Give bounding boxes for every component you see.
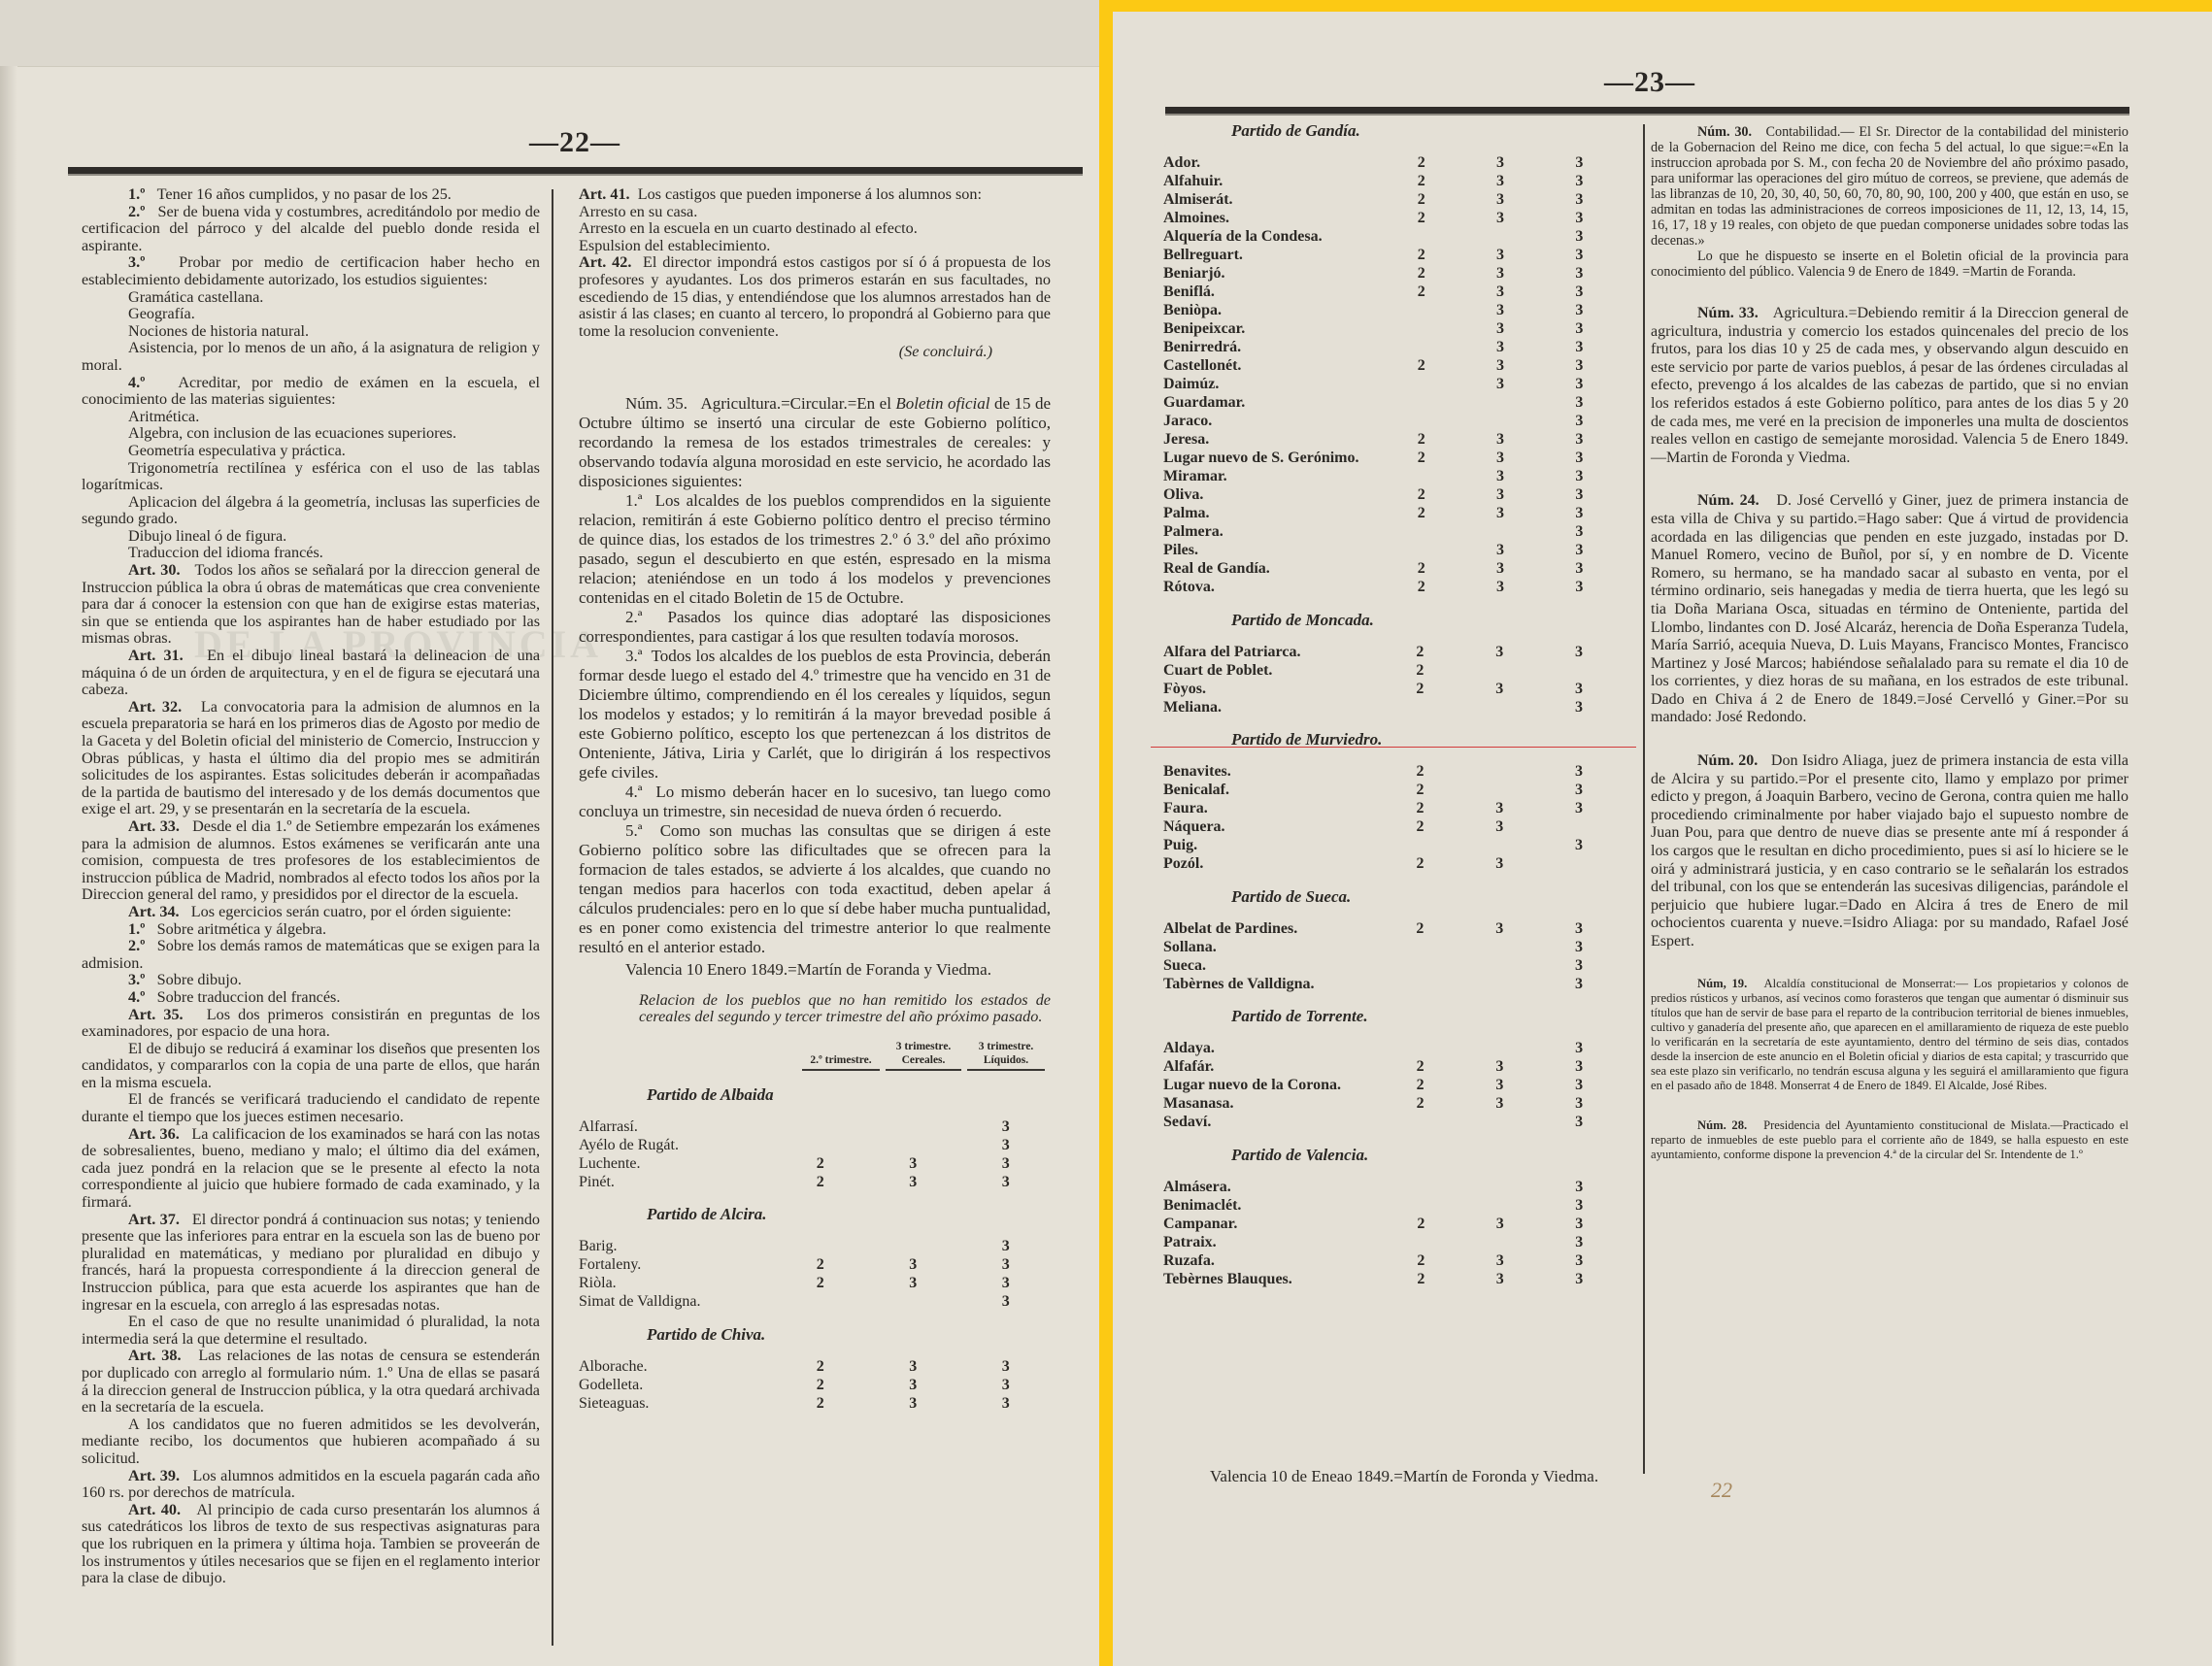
paragraph-text: En el caso de que no resulte unanimidad …	[82, 1313, 540, 1348]
notice-text: Don Isidro Aliaga, juez de primera insta…	[1651, 752, 2128, 950]
table-row: Beniòpa.33	[1163, 301, 1620, 319]
list-item: Aritmética.	[82, 409, 540, 426]
trimester-value	[865, 1237, 960, 1255]
table-row: Jeresa.233	[1163, 430, 1620, 449]
notice: Núm. 30. Contabilidad.— El Sr. Director …	[1651, 124, 2128, 249]
trimester-value: 3	[960, 1274, 1051, 1292]
paragraph-lead: Art. 39.	[128, 1467, 180, 1484]
art41: Art. 41. Los castigos que pueden imponer…	[579, 186, 1051, 204]
page-number-22: —22—	[529, 126, 620, 159]
trimester-value: 3	[1538, 642, 1620, 660]
notice: Núm, 19. Alcaldía constitucional de Mons…	[1651, 977, 2128, 1093]
trimester-value: 3	[960, 1116, 1051, 1135]
trimester-value: 3	[1461, 172, 1538, 190]
trimester-value: 3	[1539, 467, 1620, 485]
paragraph: Art. 31. En el dibujo lineal bastará la …	[82, 648, 540, 699]
trimester-value	[1380, 836, 1461, 854]
paragraph-lead: 4.º	[128, 988, 145, 1006]
trimester-value: 3	[1461, 449, 1538, 467]
table-row: Pozól.23	[1163, 854, 1620, 873]
trimester-value	[1379, 974, 1460, 992]
pueblo-name: Benicalaf.	[1163, 781, 1380, 799]
paragraph: 4.º Acreditar, por medio de exámen en la…	[82, 375, 540, 409]
pueblo-name: Simat de Valldigna.	[579, 1292, 776, 1311]
table-row: Alfara del Patriarca.233	[1163, 642, 1620, 660]
trimester-value	[776, 1292, 866, 1311]
trimester-value: 2	[1381, 264, 1461, 283]
dispositions-list: 1.ª Los alcaldes de los pueblos comprend…	[579, 491, 1051, 957]
trimester-value: 3	[1538, 974, 1620, 992]
trimester-value: 2	[1380, 1076, 1461, 1094]
disposition-number: 2.ª	[625, 608, 642, 626]
table-row: Benavites.23	[1163, 762, 1620, 781]
scan-top-band	[0, 0, 1099, 67]
paragraph-text: El de dibujo se reducirá á examinar los …	[82, 1040, 540, 1091]
disposition-text: Pasados los quince dias adoptaré las dis…	[579, 608, 1051, 646]
relation-table-part1: Partido de AlbaidaAlfarrasí.3Ayélo de Ru…	[579, 1071, 1051, 1413]
trimester-value: 3	[1461, 1270, 1538, 1288]
pueblo-name: Pozól.	[1163, 854, 1380, 873]
paragraph: El de francés se verificará traduciendo …	[82, 1091, 540, 1125]
table-row: Sueca.3	[1163, 955, 1620, 974]
partido-table: Alborache.233Godelleta.233Sieteaguas.233	[579, 1357, 1051, 1413]
notice: Núm. 28. Presidencia del Ayuntamiento co…	[1651, 1118, 2128, 1162]
paragraph-text: Sobre aritmética y álgebra.	[157, 920, 326, 938]
trimester-value: 3	[1539, 153, 1620, 172]
paragraph: En el caso de que no resulte unanimidad …	[82, 1314, 540, 1348]
signature-foranda: Valencia 10 Enero 1849.=Martín de Forand…	[579, 961, 1051, 979]
table-row: Ruzafa.233	[1163, 1251, 1620, 1270]
list-item: Asistencia, por lo menos de un año, á la…	[82, 340, 540, 374]
trimester-value	[1538, 660, 1620, 679]
trimester-value	[1381, 541, 1461, 559]
num35-intro: Núm. 35. Agricultura.=Circular.=En el Bo…	[579, 394, 1051, 491]
pueblo-name: Almoines.	[1163, 209, 1381, 227]
trimester-value: 3	[1538, 781, 1620, 799]
table-row: Lugar nuevo de S. Gerónimo.233	[1163, 449, 1620, 467]
trimester-value: 3	[1538, 1094, 1620, 1113]
trimester-value: 3	[1461, 541, 1538, 559]
table-row: Ador.233	[1163, 153, 1620, 172]
pueblo-name: Patraix.	[1163, 1233, 1381, 1251]
highlight-frame-left	[1099, 0, 1113, 1666]
paragraph-lead: Art. 37.	[128, 1211, 180, 1228]
trimester-value: 3	[1538, 1039, 1620, 1057]
table-row: Alquería de la Condesa.3	[1163, 227, 1620, 246]
trimester-value: 3	[1538, 918, 1620, 937]
table-signature: Valencia 10 de Eneao 1849.=Martín de For…	[1163, 1466, 1635, 1487]
paragraph: Art. 36. La calificacion de los examinad…	[82, 1126, 540, 1212]
trimester-value	[1380, 1113, 1461, 1131]
table-row: Almiserát.233	[1163, 190, 1620, 209]
paragraph-lead: 1.º	[128, 185, 145, 203]
paragraph-lead: 3.º	[128, 971, 145, 988]
partido-heading: Partido de Valencia.	[1163, 1131, 1620, 1178]
trimester-value: 2	[776, 1274, 866, 1292]
table-row: Barig.3	[579, 1237, 1051, 1255]
pueblo-name: Ruzafa.	[1163, 1251, 1381, 1270]
paragraph-lead: Art. 36.	[128, 1125, 180, 1143]
trimester-value	[1381, 412, 1461, 430]
table-row: Guardamar.3	[1163, 393, 1620, 412]
paragraph: Art. 37. El director pondrá á continuaci…	[82, 1212, 540, 1315]
trimester-value: 3	[1461, 246, 1538, 264]
pueblo-name: Almiserát.	[1163, 190, 1381, 209]
trimester-value: 3	[1538, 1196, 1620, 1215]
trimester-value: 2	[1379, 679, 1460, 697]
disposition: 1.ª Los alcaldes de los pueblos comprend…	[579, 491, 1051, 608]
paragraph-lead: 2.º	[128, 937, 145, 954]
paragraph: 1.º Tener 16 años cumplidos, y no pasar …	[82, 186, 540, 204]
trimester-value: 3	[1461, 578, 1538, 596]
table-row: Palmera.3	[1163, 522, 1620, 541]
trimester-value: 2	[776, 1153, 866, 1172]
list-item: Algebra, con inclusion de las ecuaciones…	[82, 425, 540, 443]
notice-text: Alcaldía constitucional de Monserrat:— L…	[1651, 977, 2128, 1092]
left-column-1: 1.º Tener 16 años cumplidos, y no pasar …	[82, 186, 540, 1587]
trimester-value: 3	[1460, 854, 1538, 873]
trimester-value: 3	[1539, 522, 1620, 541]
table-row: Rótova.233	[1163, 578, 1620, 596]
trimester-value	[1538, 854, 1620, 873]
trimester-value	[865, 1292, 960, 1311]
pueblo-name: Alquería de la Condesa.	[1163, 227, 1381, 246]
paragraph-lead: Art. 30.	[128, 561, 181, 579]
trimester-value	[1381, 1233, 1461, 1251]
table-row: Palma.233	[1163, 504, 1620, 522]
column-divider-right	[1643, 124, 1645, 1474]
pueblo-name: Castellonét.	[1163, 356, 1381, 375]
trimester-value: 3	[960, 1255, 1051, 1274]
trimester-value: 3	[1460, 817, 1538, 836]
table-row: Miramar.33	[1163, 467, 1620, 485]
table-row: Alfafár.233	[1163, 1057, 1620, 1076]
notice-number: Núm. 33.	[1697, 305, 1759, 321]
trimester-value: 3	[1539, 541, 1620, 559]
trimester-value: 3	[1461, 1076, 1539, 1094]
disposition: 5.ª Como son muchas las consultas que se…	[579, 821, 1051, 957]
paragraph-text: Ser de buena vida y costumbres, acreditá…	[82, 203, 540, 254]
list-item: Traduccion del idioma francés.	[82, 545, 540, 562]
disposition-text: Como son muchas las consultas que se dir…	[579, 821, 1051, 956]
paragraph-text: A los candidatos que no fueren admitidos…	[82, 1416, 540, 1467]
trimester-value	[1460, 974, 1538, 992]
disposition-text: Los alcaldes de los pueblos comprendidos…	[579, 491, 1051, 607]
pueblo-name: Ador.	[1163, 153, 1381, 172]
partido-heading: Partido de Albaida	[579, 1071, 1051, 1117]
column-divider	[552, 189, 553, 1646]
paragraph-lead: 4.º	[128, 374, 145, 391]
table-column-headers: 2.º trimestre. 3 trimestre.Cereales. 3 t…	[579, 1040, 1051, 1071]
trimester-value: 3	[960, 1394, 1051, 1413]
table-row: Puig.3	[1163, 836, 1620, 854]
trimester-value: 2	[776, 1357, 866, 1376]
disposition: 3.ª Todos los alcaldes de los pueblos de…	[579, 647, 1051, 783]
disposition-number: 5.ª	[625, 821, 642, 840]
trimester-value: 3	[1460, 679, 1538, 697]
notice-number: Núm. 28.	[1697, 1118, 1747, 1132]
table-row: Riòla.233	[579, 1274, 1051, 1292]
pueblo-name: Luchente.	[579, 1153, 776, 1172]
pueblo-name: Piles.	[1163, 541, 1381, 559]
trimester-value	[1461, 1233, 1538, 1251]
trimester-value	[1381, 393, 1461, 412]
paragraph-text: Tener 16 años cumplidos, y no pasar de l…	[157, 185, 452, 203]
pueblo-name: Oliva.	[1163, 485, 1381, 504]
partido-table: Aldaya.3Alfafár.233Lugar nuevo de la Cor…	[1163, 1039, 1620, 1131]
pueblo-name: Meliana.	[1163, 697, 1379, 716]
trimester-value: 2	[1380, 762, 1461, 781]
disposition-number: 1.ª	[625, 491, 642, 510]
table-row: Benicalaf.23	[1163, 781, 1620, 799]
trimester-value	[1460, 762, 1538, 781]
trimester-value	[1461, 412, 1538, 430]
trimester-value: 3	[1461, 301, 1538, 319]
pueblo-name: Fortaleny.	[579, 1255, 776, 1274]
pueblo-name: Alborache.	[579, 1357, 776, 1376]
table-row: Almoines.233	[1163, 209, 1620, 227]
trimester-value: 3	[1461, 1251, 1538, 1270]
trimester-value: 3	[960, 1135, 1051, 1153]
trimester-value: 3	[1460, 799, 1538, 817]
paragraph: El de dibujo se reducirá á examinar los …	[82, 1041, 540, 1092]
trimester-value: 3	[1539, 578, 1620, 596]
trimester-value: 3	[1538, 955, 1620, 974]
paragraph-text: Sobre dibujo.	[157, 971, 242, 988]
trimester-value: 3	[1538, 937, 1620, 955]
highlight-frame-top	[1099, 0, 2212, 12]
trimester-value: 3	[1538, 1270, 1620, 1288]
notice-number: Núm. 30.	[1697, 124, 1752, 140]
art42: Art. 42. El director impondrá estos cast…	[579, 254, 1051, 340]
trimester-value: 2	[776, 1172, 866, 1190]
partido-table: Alfarrasí.3Ayélo de Rugát.3Luchente.233P…	[579, 1116, 1051, 1190]
table-row: Almásera.3	[1163, 1178, 1620, 1196]
paragraph: Art. 33. Desde el dia 1.º de Setiembre e…	[82, 818, 540, 904]
pueblo-name: Rótova.	[1163, 578, 1381, 596]
list-item: Geografía.	[82, 306, 540, 323]
trimester-value	[776, 1237, 866, 1255]
trimester-value	[1461, 1178, 1538, 1196]
table-row: Jaraco.3	[1163, 412, 1620, 430]
pueblo-name: Miramar.	[1163, 467, 1381, 485]
trimester-value: 3	[1539, 172, 1620, 190]
trimester-value: 2	[1381, 283, 1461, 301]
pueblo-name: Puig.	[1163, 836, 1380, 854]
trimester-value	[776, 1116, 866, 1135]
pueblo-name: Almásera.	[1163, 1178, 1381, 1196]
table-row: Real de Gandía.233	[1163, 559, 1620, 578]
disposition-text: Lo mismo deberán hacer en lo sucesivo, t…	[579, 783, 1051, 820]
pencil-annotation: 22	[1711, 1478, 1732, 1503]
trimester-value	[1460, 697, 1538, 716]
table-row: Sedaví.3	[1163, 1113, 1620, 1131]
trimester-value: 3	[1539, 485, 1620, 504]
trimester-value: 2	[1379, 642, 1460, 660]
trimester-value: 3	[1461, 1094, 1539, 1113]
trimester-value: 3	[1539, 449, 1620, 467]
trimester-value	[1379, 937, 1460, 955]
trimester-value: 3	[1461, 375, 1538, 393]
trimester-value: 2	[1381, 578, 1461, 596]
trimester-value: 3	[960, 1237, 1051, 1255]
pueblo-name: Sieteaguas.	[579, 1394, 776, 1413]
pueblo-name: Riòla.	[579, 1274, 776, 1292]
trimester-value: 3	[1538, 799, 1620, 817]
paragraph-lead: Art. 31.	[128, 647, 184, 664]
pueblo-name: Alfara del Patriarca.	[1163, 642, 1379, 660]
trimester-value: 2	[776, 1394, 866, 1413]
paragraph: 2.º Sobre los demás ramos de matemáticas…	[82, 938, 540, 972]
trimester-value: 2	[1380, 799, 1461, 817]
relation-title: Relacion de los pueblos que no han remit…	[579, 992, 1051, 1026]
list-item: Nociones de historia natural.	[82, 323, 540, 341]
trimester-value: 3	[1538, 1251, 1620, 1270]
trimester-value: 2	[1381, 449, 1461, 467]
trimester-value: 2	[1381, 172, 1461, 190]
trimester-value: 2	[1381, 430, 1461, 449]
trimester-value: 3	[1461, 1057, 1539, 1076]
partido-heading: Partido de Murviedro.	[1163, 716, 1620, 762]
table-row: Benirredrá.33	[1163, 338, 1620, 356]
paragraph-lead: Art. 40.	[128, 1501, 181, 1518]
paragraph-lead: 3.º	[128, 253, 145, 271]
trimester-value	[1460, 836, 1538, 854]
pueblo-name: Benirredrá.	[1163, 338, 1381, 356]
pueblo-name: Beniflá.	[1163, 283, 1381, 301]
table-row: Aldaya.3	[1163, 1039, 1620, 1057]
partido-table: Almásera.3Benimaclét.3Campanar.233Patrai…	[1163, 1178, 1620, 1288]
table-row: Cuart de Poblet.2	[1163, 660, 1620, 679]
trimester-value: 3	[865, 1274, 960, 1292]
trimester-value: 3	[1461, 338, 1538, 356]
pueblo-name: Pinét.	[579, 1172, 776, 1190]
pueblo-name: Campanar.	[1163, 1215, 1381, 1233]
header-rule	[68, 167, 1083, 176]
table-row: Patraix.3	[1163, 1233, 1620, 1251]
notice-text: Agricultura.=Debiendo remitir á la Direc…	[1651, 305, 2128, 466]
notice-followup: Lo que he dispuesto se inserte en el Bol…	[1651, 249, 2128, 280]
paragraph: Art. 35. Los dos primeros consistirán en…	[82, 1007, 540, 1041]
list-item: Geometría especulativa y práctica.	[82, 443, 540, 460]
trimester-value: 3	[1539, 209, 1620, 227]
page-number-23: —23—	[1604, 66, 1695, 99]
trimester-value	[1381, 1196, 1461, 1215]
pueblo-name: Palmera.	[1163, 522, 1381, 541]
paragraph: Art. 34. Los egercicios serán cuatro, po…	[82, 904, 540, 921]
pueblo-name: Godelleta.	[579, 1376, 776, 1394]
left-column-2: Art. 41. Los castigos que pueden imponer…	[579, 186, 1051, 1413]
trimester-value: 2	[1381, 1215, 1461, 1233]
table-row: Simat de Valldigna.3	[579, 1292, 1051, 1311]
trimester-value: 3	[1538, 1233, 1620, 1251]
table-row: Beniflá.233	[1163, 283, 1620, 301]
trimester-value: 3	[1538, 836, 1620, 854]
list-item: Dibujo lineal ó de figura.	[82, 528, 540, 546]
disposition-number: 4.ª	[625, 783, 642, 801]
trimester-value: 2	[1380, 1057, 1461, 1076]
trimester-value: 3	[865, 1376, 960, 1394]
notice: Núm. 20. Don Isidro Aliaga, juez de prim…	[1651, 752, 2128, 951]
partido-heading: Partido de Torrente.	[1163, 992, 1620, 1039]
paragraph: Art. 40. Al principio de cada curso pres…	[82, 1502, 540, 1587]
trimester-value	[1461, 1196, 1538, 1215]
paragraph: 3.º Sobre dibujo.	[82, 972, 540, 989]
list-item: Aplicacion del álgebra á la geometría, i…	[82, 494, 540, 528]
partido-heading: Partido de Gandía.	[1163, 115, 1620, 153]
trimester-value	[1460, 781, 1538, 799]
partido-heading: Partido de Sueca.	[1163, 873, 1620, 919]
trimester-value: 2	[1381, 1251, 1461, 1270]
trimester-value: 3	[1460, 918, 1538, 937]
trimester-value: 3	[1461, 485, 1538, 504]
trimester-value: 2	[1380, 817, 1461, 836]
trimester-value	[865, 1116, 960, 1135]
trimester-value	[1461, 1039, 1539, 1057]
trimester-value	[1460, 937, 1538, 955]
trimester-value: 3	[1538, 1178, 1620, 1196]
paragraph: Art. 39. Los alumnos admitidos en la esc…	[82, 1468, 540, 1502]
header-3rd-cereals: 3 trimestre.Cereales.	[886, 1040, 961, 1071]
trimester-value: 3	[1539, 393, 1620, 412]
table-row: Meliana.3	[1163, 697, 1620, 716]
table-row: Castellonét.233	[1163, 356, 1620, 375]
table-row: Oliva.233	[1163, 485, 1620, 504]
trimester-value	[1381, 467, 1461, 485]
table-row: Sieteaguas.233	[579, 1394, 1051, 1413]
paragraph-lead: Art. 33.	[128, 817, 180, 835]
trimester-value: 3	[1461, 1215, 1538, 1233]
trimester-value: 2	[1381, 209, 1461, 227]
trimester-value: 2	[1381, 246, 1461, 264]
paragraph-text: Sobre los demás ramos de matemáticas que…	[82, 937, 540, 972]
table-row: Sollana.3	[1163, 937, 1620, 955]
trimester-value: 3	[865, 1153, 960, 1172]
paragraph: Art. 38. Las relaciones de las notas de …	[82, 1348, 540, 1416]
table-row: Beniarjó.233	[1163, 264, 1620, 283]
table-row: Pinét.233	[579, 1172, 1051, 1190]
trimester-value: 3	[1538, 1076, 1620, 1094]
pueblo-name: Cuart de Poblet.	[1163, 660, 1379, 679]
trimester-value: 2	[1381, 485, 1461, 504]
trimester-value	[1460, 955, 1538, 974]
table-row: Albelat de Pardines.233	[1163, 918, 1620, 937]
pueblo-name: Bellreguart.	[1163, 246, 1381, 264]
partido-table: Albelat de Pardines.233Sollana.3Sueca.3T…	[1163, 918, 1620, 992]
pueblo-name: Sueca.	[1163, 955, 1379, 974]
trimester-value: 2	[1380, 781, 1461, 799]
table-row: Masanasa.233	[1163, 1094, 1620, 1113]
pueblo-name: Tabèrnes de Valldigna.	[1163, 974, 1379, 992]
paragraph: Art. 30. Todos los años se señalará por …	[82, 562, 540, 648]
red-annotation-line	[1151, 747, 1636, 748]
trimester-value	[1461, 1113, 1539, 1131]
notice-text: Contabilidad.— El Sr. Director de la con…	[1651, 124, 2128, 249]
partido-table: Ador.233Alfahuir.233Almiserát.233Almoine…	[1163, 153, 1620, 596]
trimester-value: 3	[1539, 412, 1620, 430]
trimester-value: 2	[1381, 190, 1461, 209]
trimester-value: 2	[1379, 918, 1460, 937]
partido-table: Benavites.23Benicalaf.23Faura.233Náquera…	[1163, 762, 1620, 873]
paragraph: 2.º Ser de buena vida y costumbres, acre…	[82, 204, 540, 255]
list-item: Gramática castellana.	[82, 289, 540, 307]
trimester-value: 3	[1539, 356, 1620, 375]
partido-table: Barig.3Fortaleny.233Riòla.233Simat de Va…	[579, 1237, 1051, 1311]
table-row: Alborache.233	[579, 1357, 1051, 1376]
trimester-value: 2	[1380, 854, 1461, 873]
trimester-value	[1461, 522, 1538, 541]
pueblo-name: Jaraco.	[1163, 412, 1381, 430]
